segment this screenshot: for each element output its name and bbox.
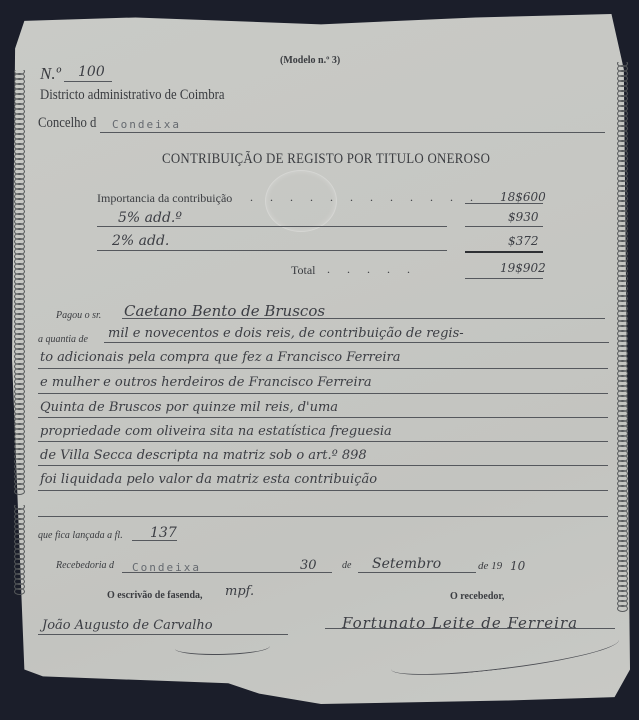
contribution-value-line bbox=[465, 203, 543, 204]
clerk-signature: João Augusto de Carvalho bbox=[42, 618, 213, 633]
addition-2pct-label: 2% add. bbox=[112, 233, 169, 249]
model-label: (Modelo n.º 3) bbox=[280, 55, 340, 66]
number-underline bbox=[64, 81, 112, 82]
left-binding-coil-lower bbox=[14, 505, 28, 595]
payment-text-line-5: propriedade com oliveira sita na estatís… bbox=[40, 424, 392, 439]
right-binding-coil bbox=[617, 62, 631, 622]
payer-label: Pagou o sr. bbox=[56, 310, 101, 321]
folio-underline bbox=[132, 540, 177, 541]
payment-underline-1 bbox=[104, 342, 609, 343]
concelho-label: Concelho d bbox=[38, 115, 96, 132]
clerk-abbrev: mpf. bbox=[225, 584, 254, 599]
addition-5pct-value-line bbox=[465, 226, 543, 227]
payment-text-line-2: to adicionais pela compra que fez a Fran… bbox=[40, 350, 401, 365]
receiver-signature: Fortunato Leite de Ferreira bbox=[342, 614, 578, 632]
addition-5pct-label: 5% add.º bbox=[118, 210, 182, 226]
date-month: Setembro bbox=[372, 556, 441, 572]
concelho-underline bbox=[100, 132, 605, 133]
addition-2pct-value: $372 bbox=[508, 234, 539, 248]
date-year-label: de 19 bbox=[478, 560, 502, 572]
payment-text-line-1: mil e novecentos e dois reis, de contrib… bbox=[108, 326, 464, 341]
form-title: CONTRIBUIÇÃO DE REGISTO POR TITULO ONERO… bbox=[162, 151, 490, 168]
date-month-underline bbox=[358, 572, 476, 573]
payment-underline-7 bbox=[38, 490, 608, 491]
payer-underline bbox=[122, 318, 605, 319]
total-value-line bbox=[465, 278, 543, 279]
contribution-leader-dots: . . . . . . . . . . . . bbox=[250, 190, 480, 205]
contribution-value: 18$600 bbox=[500, 190, 546, 204]
addition-2pct-line bbox=[97, 250, 447, 251]
receiver-signature-line bbox=[325, 628, 615, 629]
payment-underline-8 bbox=[38, 516, 608, 517]
payment-text-line-6: de Villa Secca descripta na matriz sob o… bbox=[40, 448, 367, 463]
receiver-label: O recebedor, bbox=[450, 591, 504, 602]
total-value: 19$902 bbox=[500, 261, 546, 275]
folio-label: que fica lançada a fl. bbox=[38, 530, 123, 541]
total-leader-dots: . . . . . bbox=[327, 262, 417, 277]
clerk-label: O escrivão de fasenda, bbox=[107, 590, 203, 601]
addition-5pct-value: $930 bbox=[508, 210, 539, 224]
concelho-value: Condeixa bbox=[112, 118, 181, 131]
payment-underline-6 bbox=[38, 465, 608, 466]
payment-text-line-3: e mulher e outros herdeiros de Francisco… bbox=[40, 375, 372, 390]
office-label: Recebedoria d bbox=[56, 560, 114, 571]
date-de-label: de bbox=[342, 560, 351, 571]
subtotal-double-line bbox=[465, 251, 543, 253]
addition-5pct-line bbox=[97, 226, 447, 227]
clerk-signature-line bbox=[38, 634, 288, 635]
left-binding-coil bbox=[14, 70, 28, 500]
date-day: 30 bbox=[300, 558, 317, 573]
payment-underline-3 bbox=[38, 393, 608, 394]
number-label: N.º bbox=[40, 64, 61, 84]
payment-underline-4 bbox=[38, 417, 608, 418]
payment-underline-2 bbox=[38, 368, 608, 369]
payment-text-line-7: foi liquidada pelo valor da matriz esta … bbox=[40, 472, 377, 487]
district-label: Districto administrativo de Coimbra bbox=[40, 87, 224, 104]
payment-underline-5 bbox=[38, 441, 608, 442]
amount-label: a quantia de bbox=[38, 334, 88, 345]
number-value: 100 bbox=[78, 64, 105, 80]
date-year-value: 10 bbox=[510, 559, 525, 573]
contribution-label: Importancia da contribuição bbox=[97, 191, 232, 206]
total-label: Total bbox=[291, 263, 316, 278]
folio-value: 137 bbox=[150, 525, 177, 541]
payment-text-line-4: Quinta de Bruscos por quinze mil reis, d… bbox=[40, 400, 338, 415]
